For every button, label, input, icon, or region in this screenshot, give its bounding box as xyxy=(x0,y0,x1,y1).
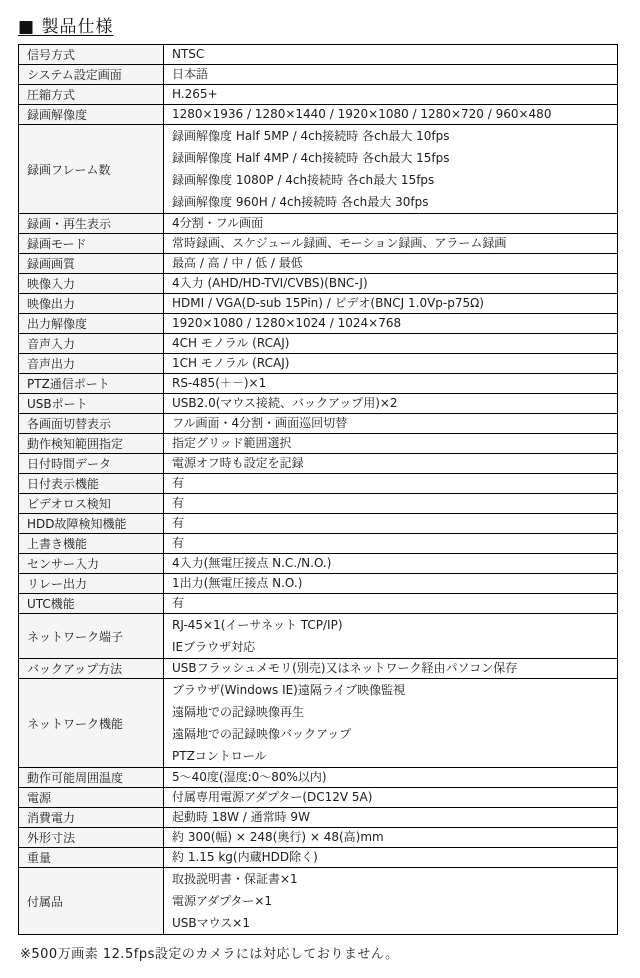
spec-value: RS-485(＋－)×1 xyxy=(164,374,618,394)
spec-value: USB2.0(マウス接続、バックアップ用)×2 xyxy=(164,394,618,414)
spec-value-line: 取扱説明書・保証書×1 xyxy=(172,868,609,890)
spec-value: 有 xyxy=(164,474,618,494)
spec-value-line: 録画解像度 Half 4MP / 4ch接続時 各ch最大 15fps xyxy=(172,147,609,169)
spec-row: 録画・再生表示4分割・フル画面 xyxy=(19,214,618,234)
spec-value-line: 最高 / 高 / 中 / 低 / 最低 xyxy=(172,254,609,273)
spec-value: 常時録画、スケジュール録画、モーション録画、アラーム録画 xyxy=(164,234,618,254)
spec-label: 日付時間データ xyxy=(19,454,164,474)
spec-value: 起動時 18W / 通常時 9W xyxy=(164,808,618,828)
spec-row: 録画フレーム数録画解像度 Half 5MP / 4ch接続時 各ch最大 10f… xyxy=(19,125,618,214)
spec-value: フル画面・4分割・画面巡回切替 xyxy=(164,414,618,434)
spec-value-line: 遠隔地での記録映像バックアップ xyxy=(172,723,609,745)
spec-label: USBポート xyxy=(19,394,164,414)
spec-value-line: 起動時 18W / 通常時 9W xyxy=(172,808,609,827)
spec-value-line: IEブラウザ対応 xyxy=(172,636,609,658)
spec-label: HDD故障検知機能 xyxy=(19,514,164,534)
spec-table-body: 信号方式NTSCシステム設定画面日本語圧縮方式H.265+録画解像度1280×1… xyxy=(19,45,618,935)
spec-value-line: 4入力 (AHD/HD-TVI/CVBS)(BNC-J) xyxy=(172,274,609,293)
spec-value: 4分割・フル画面 xyxy=(164,214,618,234)
spec-label: 音声出力 xyxy=(19,354,164,374)
spec-page: ■ 製品仕様 信号方式NTSCシステム設定画面日本語圧縮方式H.265+録画解像… xyxy=(0,0,640,962)
footnote: ※500万画素 12.5fps設定のカメラには対応しておりません。 xyxy=(20,943,620,962)
spec-value-line: USBフラッシュメモリ(別売)又はネットワーク経由パソコン保存 xyxy=(172,659,609,678)
spec-row: 音声出力1CH モノラル (RCAJ) xyxy=(19,354,618,374)
spec-row: 録画モード常時録画、スケジュール録画、モーション録画、アラーム録画 xyxy=(19,234,618,254)
spec-value-line: 4分割・フル画面 xyxy=(172,214,609,233)
spec-value-line: 有 xyxy=(172,534,609,553)
spec-value-line: 1CH モノラル (RCAJ) xyxy=(172,354,609,373)
spec-value: 5〜40度(湿度:0〜80%以内) xyxy=(164,768,618,788)
spec-value-line: 録画解像度 960H / 4ch接続時 各ch最大 30fps xyxy=(172,191,609,213)
spec-value: H.265+ xyxy=(164,85,618,105)
spec-label: 消費電力 xyxy=(19,808,164,828)
spec-value: 1出力(無電圧接点 N.O.) xyxy=(164,574,618,594)
spec-label: 動作可能周囲温度 xyxy=(19,768,164,788)
spec-value: 有 xyxy=(164,514,618,534)
spec-value-line: 1出力(無電圧接点 N.O.) xyxy=(172,574,609,593)
spec-value: HDMI / VGA(D-sub 15Pin) / ビデオ(BNCJ 1.0Vp… xyxy=(164,294,618,314)
spec-value: 取扱説明書・保証書×1電源アダプター×1USBマウス×1 xyxy=(164,868,618,935)
spec-row: センサー入力4入力(無電圧接点 N.C./N.O.) xyxy=(19,554,618,574)
spec-row: 日付表示機能有 xyxy=(19,474,618,494)
spec-row: バックアップ方法USBフラッシュメモリ(別売)又はネットワーク経由パソコン保存 xyxy=(19,659,618,679)
spec-label: ネットワーク端子 xyxy=(19,614,164,659)
spec-value-line: 録画解像度 1080P / 4ch接続時 各ch最大 15fps xyxy=(172,169,609,191)
spec-label: UTC機能 xyxy=(19,594,164,614)
spec-row: 圧縮方式H.265+ xyxy=(19,85,618,105)
spec-row: 日付時間データ電源オフ時も設定を記録 xyxy=(19,454,618,474)
spec-label: 音声入力 xyxy=(19,334,164,354)
spec-value-line: PTZコントロール xyxy=(172,745,609,767)
spec-value: 最高 / 高 / 中 / 低 / 最低 xyxy=(164,254,618,274)
spec-value: RJ-45×1(イーサネット TCP/IP)IEブラウザ対応 xyxy=(164,614,618,659)
spec-value: 電源オフ時も設定を記録 xyxy=(164,454,618,474)
spec-value-line: 録画解像度 Half 5MP / 4ch接続時 各ch最大 10fps xyxy=(172,125,609,147)
spec-value: 4入力 (AHD/HD-TVI/CVBS)(BNC-J) xyxy=(164,274,618,294)
spec-label: 重量 xyxy=(19,848,164,868)
spec-row: システム設定画面日本語 xyxy=(19,65,618,85)
spec-value: USBフラッシュメモリ(別売)又はネットワーク経由パソコン保存 xyxy=(164,659,618,679)
spec-label: ネットワーク機能 xyxy=(19,679,164,768)
spec-value: ブラウザ(Windows IE)遠隔ライブ映像監視遠隔地での記録映像再生遠隔地で… xyxy=(164,679,618,768)
spec-value-line: 1280×1936 / 1280×1440 / 1920×1080 / 1280… xyxy=(172,105,609,124)
spec-label: 映像出力 xyxy=(19,294,164,314)
spec-row: 上書き機能有 xyxy=(19,534,618,554)
spec-value-line: 電源アダプター×1 xyxy=(172,890,609,912)
spec-label: システム設定画面 xyxy=(19,65,164,85)
spec-value-line: HDMI / VGA(D-sub 15Pin) / ビデオ(BNCJ 1.0Vp… xyxy=(172,294,609,313)
spec-label: 動作検知範囲指定 xyxy=(19,434,164,454)
spec-row: 電源付属専用電源アダプター(DC12V 5A) xyxy=(19,788,618,808)
spec-value-line: 4入力(無電圧接点 N.C./N.O.) xyxy=(172,554,609,573)
spec-row: 消費電力起動時 18W / 通常時 9W xyxy=(19,808,618,828)
spec-value: 約 300(幅) × 248(奥行) × 48(高)mm xyxy=(164,828,618,848)
spec-label: 電源 xyxy=(19,788,164,808)
spec-value-line: 付属専用電源アダプター(DC12V 5A) xyxy=(172,788,609,807)
spec-value-line: 日本語 xyxy=(172,65,609,84)
spec-label: 録画画質 xyxy=(19,254,164,274)
spec-label: 録画・再生表示 xyxy=(19,214,164,234)
spec-label: 圧縮方式 xyxy=(19,85,164,105)
spec-row: HDD故障検知機能有 xyxy=(19,514,618,534)
spec-label: 日付表示機能 xyxy=(19,474,164,494)
spec-value-line: ブラウザ(Windows IE)遠隔ライブ映像監視 xyxy=(172,679,609,701)
spec-label: 録画モード xyxy=(19,234,164,254)
spec-value: 日本語 xyxy=(164,65,618,85)
spec-label: 上書き機能 xyxy=(19,534,164,554)
spec-row: 各画面切替表示フル画面・4分割・画面巡回切替 xyxy=(19,414,618,434)
spec-row: ネットワーク機能ブラウザ(Windows IE)遠隔ライブ映像監視遠隔地での記録… xyxy=(19,679,618,768)
spec-row: ネットワーク端子RJ-45×1(イーサネット TCP/IP)IEブラウザ対応 xyxy=(19,614,618,659)
spec-value: 有 xyxy=(164,594,618,614)
spec-label: 信号方式 xyxy=(19,45,164,65)
spec-value: 4CH モノラル (RCAJ) xyxy=(164,334,618,354)
spec-value-line: USBマウス×1 xyxy=(172,912,609,934)
spec-value: 指定グリッド範囲選択 xyxy=(164,434,618,454)
spec-value-line: NTSC xyxy=(172,45,609,64)
spec-value-line: USB2.0(マウス接続、バックアップ用)×2 xyxy=(172,394,609,413)
spec-value: 4入力(無電圧接点 N.C./N.O.) xyxy=(164,554,618,574)
spec-row: 動作可能周囲温度5〜40度(湿度:0〜80%以内) xyxy=(19,768,618,788)
spec-value-line: 遠隔地での記録映像再生 xyxy=(172,701,609,723)
spec-row: 動作検知範囲指定指定グリッド範囲選択 xyxy=(19,434,618,454)
spec-value-line: 1920×1080 / 1280×1024 / 1024×768 xyxy=(172,314,609,333)
spec-value-line: 約 1.15 kg(内蔵HDD除く) xyxy=(172,848,609,867)
spec-value: 録画解像度 Half 5MP / 4ch接続時 各ch最大 10fps録画解像度… xyxy=(164,125,618,214)
spec-value: 有 xyxy=(164,534,618,554)
spec-label: 録画フレーム数 xyxy=(19,125,164,214)
spec-label: 付属品 xyxy=(19,868,164,935)
spec-value: 有 xyxy=(164,494,618,514)
spec-row: 録画解像度1280×1936 / 1280×1440 / 1920×1080 /… xyxy=(19,105,618,125)
spec-value-line: H.265+ xyxy=(172,85,609,104)
spec-value-line: 電源オフ時も設定を記録 xyxy=(172,454,609,473)
spec-value-line: 有 xyxy=(172,474,609,493)
spec-row: UTC機能有 xyxy=(19,594,618,614)
spec-row: リレー出力1出力(無電圧接点 N.O.) xyxy=(19,574,618,594)
spec-value-line: 4CH モノラル (RCAJ) xyxy=(172,334,609,353)
spec-label: ビデオロス検知 xyxy=(19,494,164,514)
spec-value-line: 5〜40度(湿度:0〜80%以内) xyxy=(172,768,609,787)
spec-value: NTSC xyxy=(164,45,618,65)
spec-value-line: 有 xyxy=(172,494,609,513)
spec-row: USBポートUSB2.0(マウス接続、バックアップ用)×2 xyxy=(19,394,618,414)
spec-label: リレー出力 xyxy=(19,574,164,594)
spec-row: 音声入力4CH モノラル (RCAJ) xyxy=(19,334,618,354)
spec-row: 映像入力4入力 (AHD/HD-TVI/CVBS)(BNC-J) xyxy=(19,274,618,294)
spec-row: ビデオロス検知有 xyxy=(19,494,618,514)
spec-value-line: 指定グリッド範囲選択 xyxy=(172,434,609,453)
spec-value: 約 1.15 kg(内蔵HDD除く) xyxy=(164,848,618,868)
spec-label: PTZ通信ポート xyxy=(19,374,164,394)
spec-label: バックアップ方法 xyxy=(19,659,164,679)
spec-label: 外形寸法 xyxy=(19,828,164,848)
page-title: ■ 製品仕様 xyxy=(18,12,620,37)
spec-value: 1CH モノラル (RCAJ) xyxy=(164,354,618,374)
spec-row: 映像出力HDMI / VGA(D-sub 15Pin) / ビデオ(BNCJ 1… xyxy=(19,294,618,314)
spec-row: 録画画質最高 / 高 / 中 / 低 / 最低 xyxy=(19,254,618,274)
spec-row: 外形寸法約 300(幅) × 248(奥行) × 48(高)mm xyxy=(19,828,618,848)
spec-row: 信号方式NTSC xyxy=(19,45,618,65)
spec-value: 1280×1936 / 1280×1440 / 1920×1080 / 1280… xyxy=(164,105,618,125)
spec-value-line: フル画面・4分割・画面巡回切替 xyxy=(172,414,609,433)
spec-label: 映像入力 xyxy=(19,274,164,294)
spec-value-line: RJ-45×1(イーサネット TCP/IP) xyxy=(172,614,609,636)
spec-value: 1920×1080 / 1280×1024 / 1024×768 xyxy=(164,314,618,334)
spec-value-line: RS-485(＋－)×1 xyxy=(172,374,609,393)
spec-value: 付属専用電源アダプター(DC12V 5A) xyxy=(164,788,618,808)
spec-label: 出力解像度 xyxy=(19,314,164,334)
spec-row: 付属品取扱説明書・保証書×1電源アダプター×1USBマウス×1 xyxy=(19,868,618,935)
spec-table: 信号方式NTSCシステム設定画面日本語圧縮方式H.265+録画解像度1280×1… xyxy=(18,44,618,935)
spec-row: PTZ通信ポートRS-485(＋－)×1 xyxy=(19,374,618,394)
spec-row: 出力解像度1920×1080 / 1280×1024 / 1024×768 xyxy=(19,314,618,334)
spec-label: センサー入力 xyxy=(19,554,164,574)
spec-value-line: 有 xyxy=(172,594,609,613)
spec-value-line: 常時録画、スケジュール録画、モーション録画、アラーム録画 xyxy=(172,234,609,253)
spec-label: 録画解像度 xyxy=(19,105,164,125)
spec-value-line: 有 xyxy=(172,514,609,533)
spec-label: 各画面切替表示 xyxy=(19,414,164,434)
spec-value-line: 約 300(幅) × 248(奥行) × 48(高)mm xyxy=(172,828,609,847)
spec-row: 重量約 1.15 kg(内蔵HDD除く) xyxy=(19,848,618,868)
